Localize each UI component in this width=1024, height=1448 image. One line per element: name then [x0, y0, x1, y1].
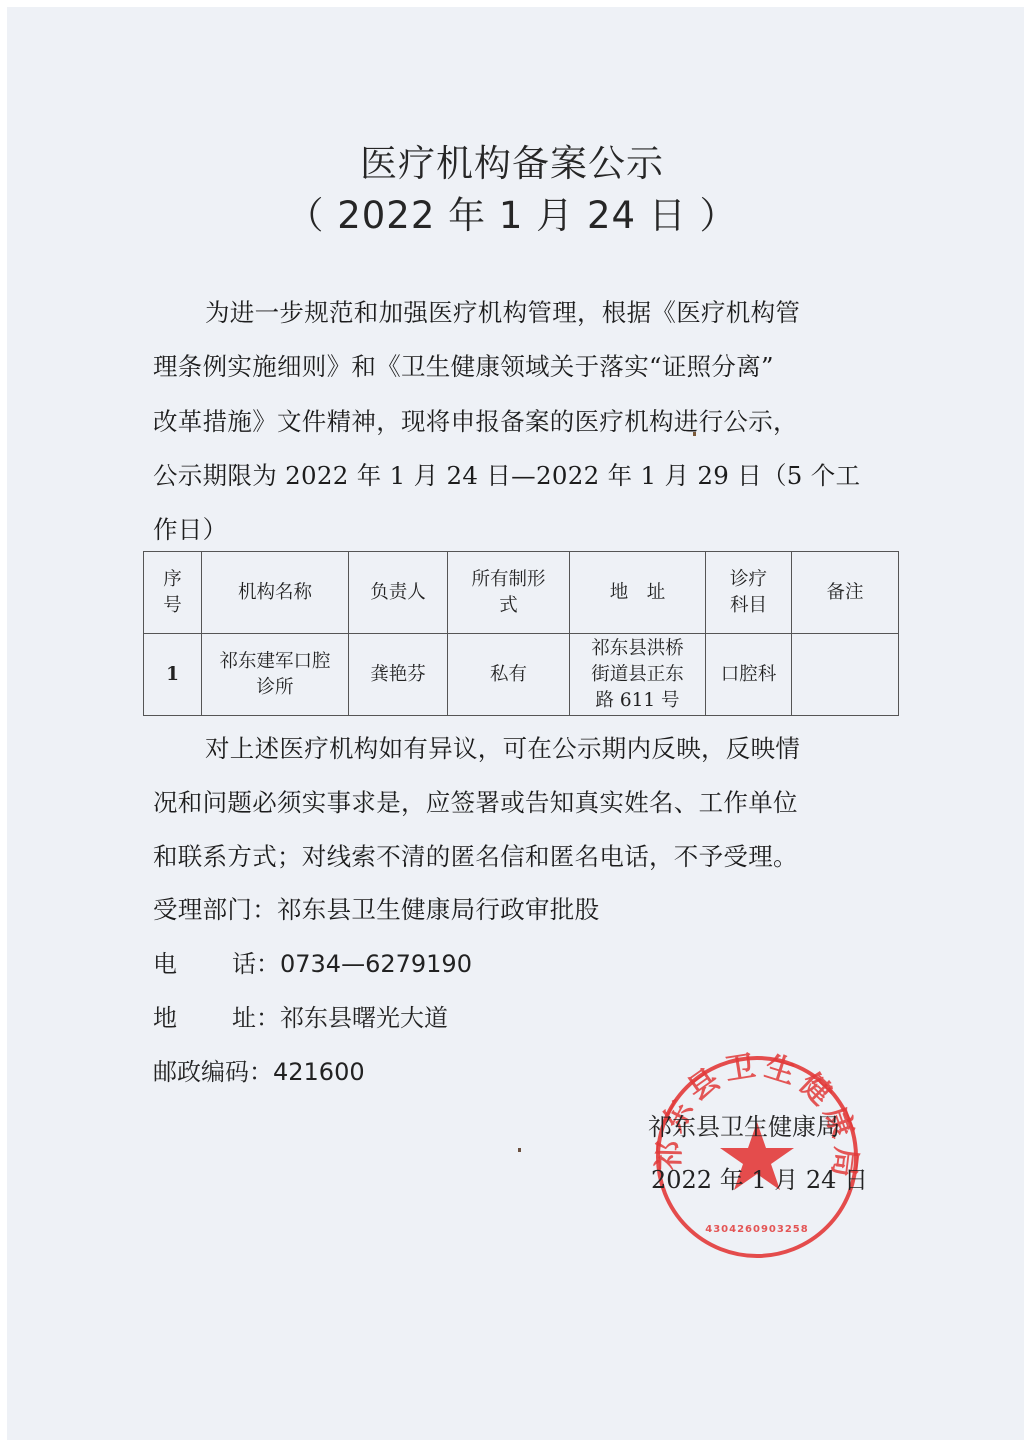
- header-person: 负责人: [349, 552, 448, 634]
- intro-line-4: 公示期限为 2022 年 1 月 24 日—2022 年 1 月 29 日（5 …: [153, 457, 860, 492]
- cell-department: 口腔科: [706, 634, 792, 716]
- signature-organization: 祁东县卫生健康局: [648, 1107, 840, 1142]
- cell-address: 祁东县洪桥 街道县正东 路 611 号: [570, 634, 706, 716]
- header-department: 诊疗 科目: [706, 552, 792, 634]
- intro-line-5: 作日）: [153, 511, 227, 546]
- address-label-1: 地: [153, 998, 232, 1033]
- postcode-line: 邮政编码：421600: [153, 1052, 365, 1087]
- table-row: 1 祁东建军口腔 诊所 龚艳芬 私有 祁东县洪桥 街道县正东 路 611 号 口…: [144, 634, 899, 716]
- department-label: 受理部门：: [153, 895, 277, 924]
- header-index: 序 号: [144, 552, 202, 634]
- intro-line-2: 理条例实施细则》和《卫生健康领域关于落实“证照分离”: [153, 348, 774, 383]
- signature-date: 2022 年 1 月 24 日: [651, 1160, 868, 1195]
- department-value: 祁东县卫生健康局行政审批股: [277, 895, 599, 924]
- official-seal-icon: 祁东县卫生健康局 4304260903258: [652, 1052, 862, 1262]
- cell-remarks: [792, 634, 899, 716]
- objection-line-2: 况和问题必须实事求是，应签署或告知真实姓名、工作单位: [153, 784, 798, 819]
- header-address: 地 址: [570, 552, 706, 634]
- registration-table: 序 号 机构名称 负责人 所有制形 式 地 址 诊疗 科目 备注 1 祁东建军口…: [143, 551, 899, 716]
- header-remarks: 备注: [792, 552, 899, 634]
- phone-value: 0734—6279190: [280, 950, 472, 978]
- intro-line-3: 改革措施》文件精神，现将申报备案的医疗机构进行公示，: [153, 403, 798, 438]
- intro-line-1: 为进一步规范和加强医疗机构管理，根据《医疗机构管: [205, 294, 800, 329]
- objection-line-3: 和联系方式；对线索不清的匿名信和匿名电话，不予受理。: [153, 838, 798, 873]
- header-name: 机构名称: [202, 552, 349, 634]
- header-ownership: 所有制形 式: [448, 552, 570, 634]
- address-line: 地址：祁东县曙光大道: [153, 998, 448, 1033]
- address-value: 祁东县曙光大道: [280, 1004, 448, 1032]
- scan-speck: [693, 432, 696, 436]
- scan-speck: [518, 1148, 521, 1152]
- cell-person: 龚艳芬: [349, 634, 448, 716]
- svg-text:4304260903258: 4304260903258: [705, 1224, 808, 1235]
- phone-label-2: 话：: [232, 950, 280, 978]
- table-header-row: 序 号 机构名称 负责人 所有制形 式 地 址 诊疗 科目 备注: [144, 552, 899, 634]
- objection-line-1: 对上述医疗机构如有异议，可在公示期内反映，反映情: [205, 730, 800, 765]
- postcode-value: 421600: [273, 1058, 365, 1086]
- phone-line: 电话：0734—6279190: [153, 944, 472, 979]
- phone-label-1: 电: [153, 944, 232, 979]
- postcode-label: 邮政编码：: [153, 1058, 273, 1086]
- cell-ownership: 私有: [448, 634, 570, 716]
- department-line: 受理部门：祁东县卫生健康局行政审批股: [153, 891, 599, 926]
- cell-name: 祁东建军口腔 诊所: [202, 634, 349, 716]
- cell-index: 1: [144, 634, 202, 716]
- address-label-2: 址：: [232, 1004, 280, 1032]
- document-date-line: （ 2022 年 1 月 24 日 ）: [0, 185, 1024, 239]
- document-title: 医疗机构备案公示: [0, 133, 1024, 187]
